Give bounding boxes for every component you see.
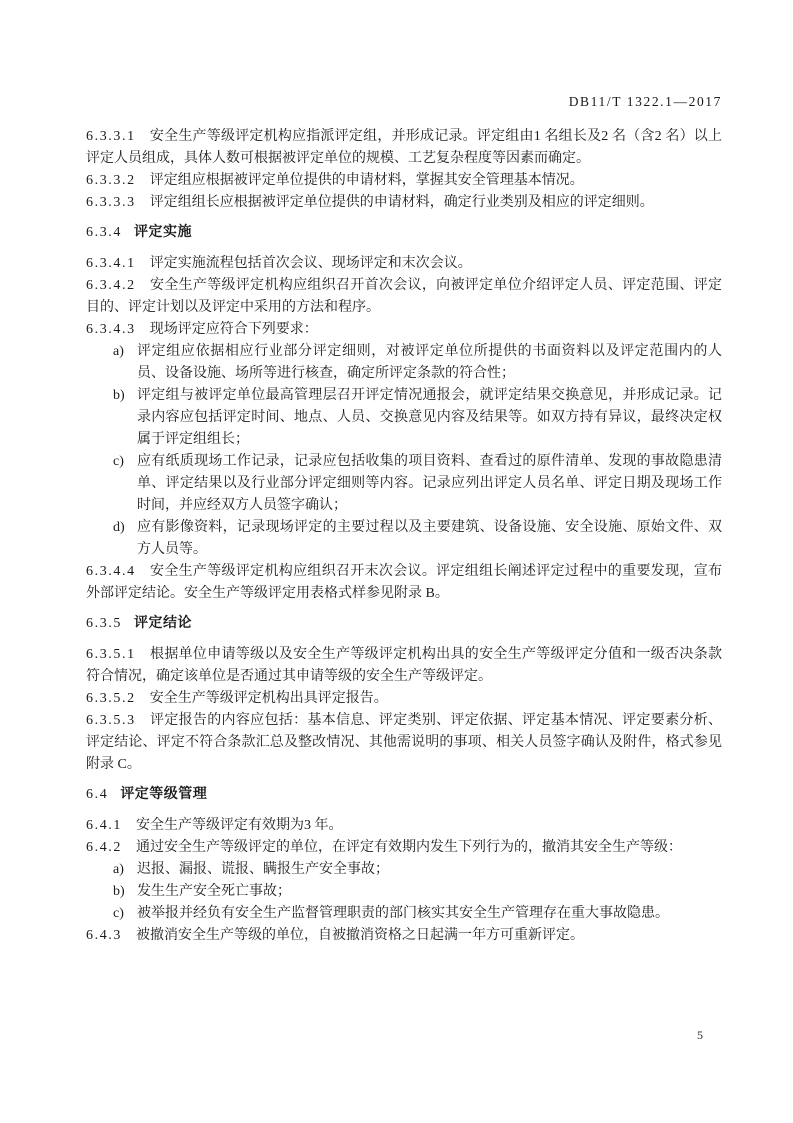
- clause-text: 被撤消安全生产等级的单位，自被撤消资格之日起满一年方可重新评定。: [136, 928, 584, 943]
- list-marker: b): [113, 881, 137, 903]
- clause-6-3-3-2: 6.3.3.2评定组应根据被评定单位提供的申请材料，掌握其安全管理基本情况。: [86, 170, 722, 192]
- clause-number: 6.3.4.1: [86, 256, 136, 271]
- list-marker: a): [113, 341, 137, 385]
- clause-text: 根据单位申请等级以及安全生产等级评定机构出具的安全生产等级评定分值和一级否决条款…: [86, 647, 722, 684]
- clause-text: 安全生产等级评定机构应组织召开首次会议，向被评定单位介绍评定人员、评定范围、评定…: [86, 278, 722, 315]
- list-text: 发生生产安全死亡事故；: [137, 881, 722, 903]
- section-heading-6-3-4: 6.3.4评定实施: [86, 220, 722, 244]
- clause-6-3-5-3: 6.3.5.3评定报告的内容应包括：基本信息、评定类别、评定依据、评定基本情况、…: [86, 710, 722, 776]
- clause-number: 6.3.5.1: [86, 647, 136, 662]
- clause-6-3-5-1: 6.3.5.1根据单位申请等级以及安全生产等级评定机构出具的安全生产等级评定分值…: [86, 644, 722, 688]
- list-marker: d): [113, 517, 137, 561]
- clause-number: 6.3.4.2: [86, 278, 136, 293]
- clause-number: 6.3.4.3: [86, 322, 136, 337]
- clause-number: 6.3.3.2: [86, 173, 136, 188]
- list-text: 被举报并经负有安全生产监督管理职责的部门核实其安全生产管理存在重大事故隐患。: [137, 903, 722, 925]
- clause-6-3-4-2: 6.3.4.2安全生产等级评定机构应组织召开首次会议，向被评定单位介绍评定人员、…: [86, 275, 722, 319]
- clause-6-3-3-3: 6.3.3.3评定组组长应根据被评定单位提供的申请材料，确定行业类别及相应的评定…: [86, 192, 722, 214]
- list-marker: c): [113, 903, 137, 925]
- list-item-b: b)评定组与被评定单位最高管理层召开评定情况通报会，就评定结果交换意见，并形成记…: [86, 385, 722, 451]
- clause-number: 6.3.3.1: [86, 129, 136, 144]
- clause-text: 现场评定应符合下列要求：: [150, 322, 318, 337]
- list-item-a2: a)迟报、漏报、谎报、瞒报生产安全事故；: [86, 859, 722, 881]
- clause-6-3-5-2: 6.3.5.2安全生产等级评定机构出具评定报告。: [86, 688, 722, 710]
- section-title: 评定实施: [134, 223, 192, 239]
- list-marker: a): [113, 859, 137, 881]
- clause-6-4-1: 6.4.1安全生产等级评定有效期为3 年。: [86, 815, 722, 837]
- page-number: 5: [697, 1028, 703, 1043]
- clause-text: 安全生产等级评定有效期为3 年。: [136, 818, 343, 833]
- list-item-c2: c)被举报并经负有安全生产监督管理职责的部门核实其安全生产管理存在重大事故隐患。: [86, 903, 722, 925]
- clause-number: 6.4.3: [86, 928, 122, 943]
- clause-6-3-3-1: 6.3.3.1安全生产等级评定机构应指派评定组，并形成记录。评定组由1 名组长及…: [86, 126, 722, 170]
- section-title: 评定结论: [134, 614, 192, 630]
- clause-number: 6.4.1: [86, 818, 122, 833]
- clause-text: 评定报告的内容应包括：基本信息、评定类别、评定依据、评定基本情况、评定要素分析、…: [86, 713, 722, 772]
- section-heading-6-4: 6.4评定等级管理: [86, 782, 722, 806]
- clause-text: 评定实施流程包括首次会议、现场评定和末次会议。: [150, 256, 472, 271]
- section-heading-6-3-5: 6.3.5评定结论: [86, 611, 722, 635]
- clause-6-3-4-4: 6.3.4.4安全生产等级评定机构应组织召开末次会议。评定组组长阐述评定过程中的…: [86, 561, 722, 605]
- clause-text: 评定组组长应根据被评定单位提供的申请材料，确定行业类别及相应的评定细则。: [150, 195, 654, 210]
- section-title: 评定等级管理: [120, 785, 207, 801]
- clause-text: 评定组应根据被评定单位提供的申请材料，掌握其安全管理基本情况。: [150, 173, 584, 188]
- section-number: 6.3.4: [86, 225, 122, 240]
- list-item-a: a)评定组应依据相应行业部分评定细则，对被评定单位所提供的书面资料以及评定范围内…: [86, 341, 722, 385]
- list-text: 迟报、漏报、谎报、瞒报生产安全事故；: [137, 859, 722, 881]
- clause-text: 通过安全生产等级评定的单位，在评定有效期内发生下列行为的，撤消其安全生产等级：: [136, 840, 682, 855]
- clause-number: 6.3.5.3: [86, 713, 136, 728]
- clause-6-4-3: 6.4.3被撤消安全生产等级的单位，自被撤消资格之日起满一年方可重新评定。: [86, 925, 722, 947]
- list-text: 评定组与被评定单位最高管理层召开评定情况通报会，就评定结果交换意见，并形成记录。…: [137, 385, 722, 451]
- document-body: 6.3.3.1安全生产等级评定机构应指派评定组，并形成记录。评定组由1 名组长及…: [86, 126, 722, 947]
- clause-number: 6.3.4.4: [86, 564, 136, 579]
- clause-6-3-4-3: 6.3.4.3现场评定应符合下列要求：: [86, 319, 722, 341]
- clause-6-4-2: 6.4.2通过安全生产等级评定的单位，在评定有效期内发生下列行为的，撤消其安全生…: [86, 837, 722, 859]
- list-text: 应有影像资料，记录现场评定的主要过程以及主要建筑、设备设施、安全设施、原始文件、…: [137, 517, 722, 561]
- clause-text: 安全生产等级评定机构出具评定报告。: [150, 691, 388, 706]
- document-page: DB11/T 1322.1—2017 6.3.3.1安全生产等级评定机构应指派评…: [0, 0, 793, 1123]
- clause-number: 6.4.2: [86, 840, 122, 855]
- clause-number: 6.3.3.3: [86, 195, 136, 210]
- section-number: 6.4: [86, 787, 108, 802]
- list-marker: c): [113, 451, 137, 517]
- list-marker: b): [113, 385, 137, 451]
- clause-6-3-4-1: 6.3.4.1评定实施流程包括首次会议、现场评定和末次会议。: [86, 253, 722, 275]
- list-item-d: d)应有影像资料，记录现场评定的主要过程以及主要建筑、设备设施、安全设施、原始文…: [86, 517, 722, 561]
- clause-text: 安全生产等级评定机构应指派评定组，并形成记录。评定组由1 名组长及2 名（含2 …: [86, 129, 722, 166]
- section-number: 6.3.5: [86, 616, 122, 631]
- list-item-c: c)应有纸质现场工作记录，记录应包括收集的项目资料、查看过的原件清单、发现的事故…: [86, 451, 722, 517]
- clause-number: 6.3.5.2: [86, 691, 136, 706]
- list-text: 评定组应依据相应行业部分评定细则，对被评定单位所提供的书面资料以及评定范围内的人…: [137, 341, 722, 385]
- list-text: 应有纸质现场工作记录，记录应包括收集的项目资料、查看过的原件清单、发现的事故隐患…: [137, 451, 722, 517]
- list-item-b2: b)发生生产安全死亡事故；: [86, 881, 722, 903]
- doc-code-header: DB11/T 1322.1—2017: [86, 94, 722, 110]
- clause-text: 安全生产等级评定机构应组织召开末次会议。评定组组长阐述评定过程中的重要发现，宣布…: [86, 564, 722, 601]
